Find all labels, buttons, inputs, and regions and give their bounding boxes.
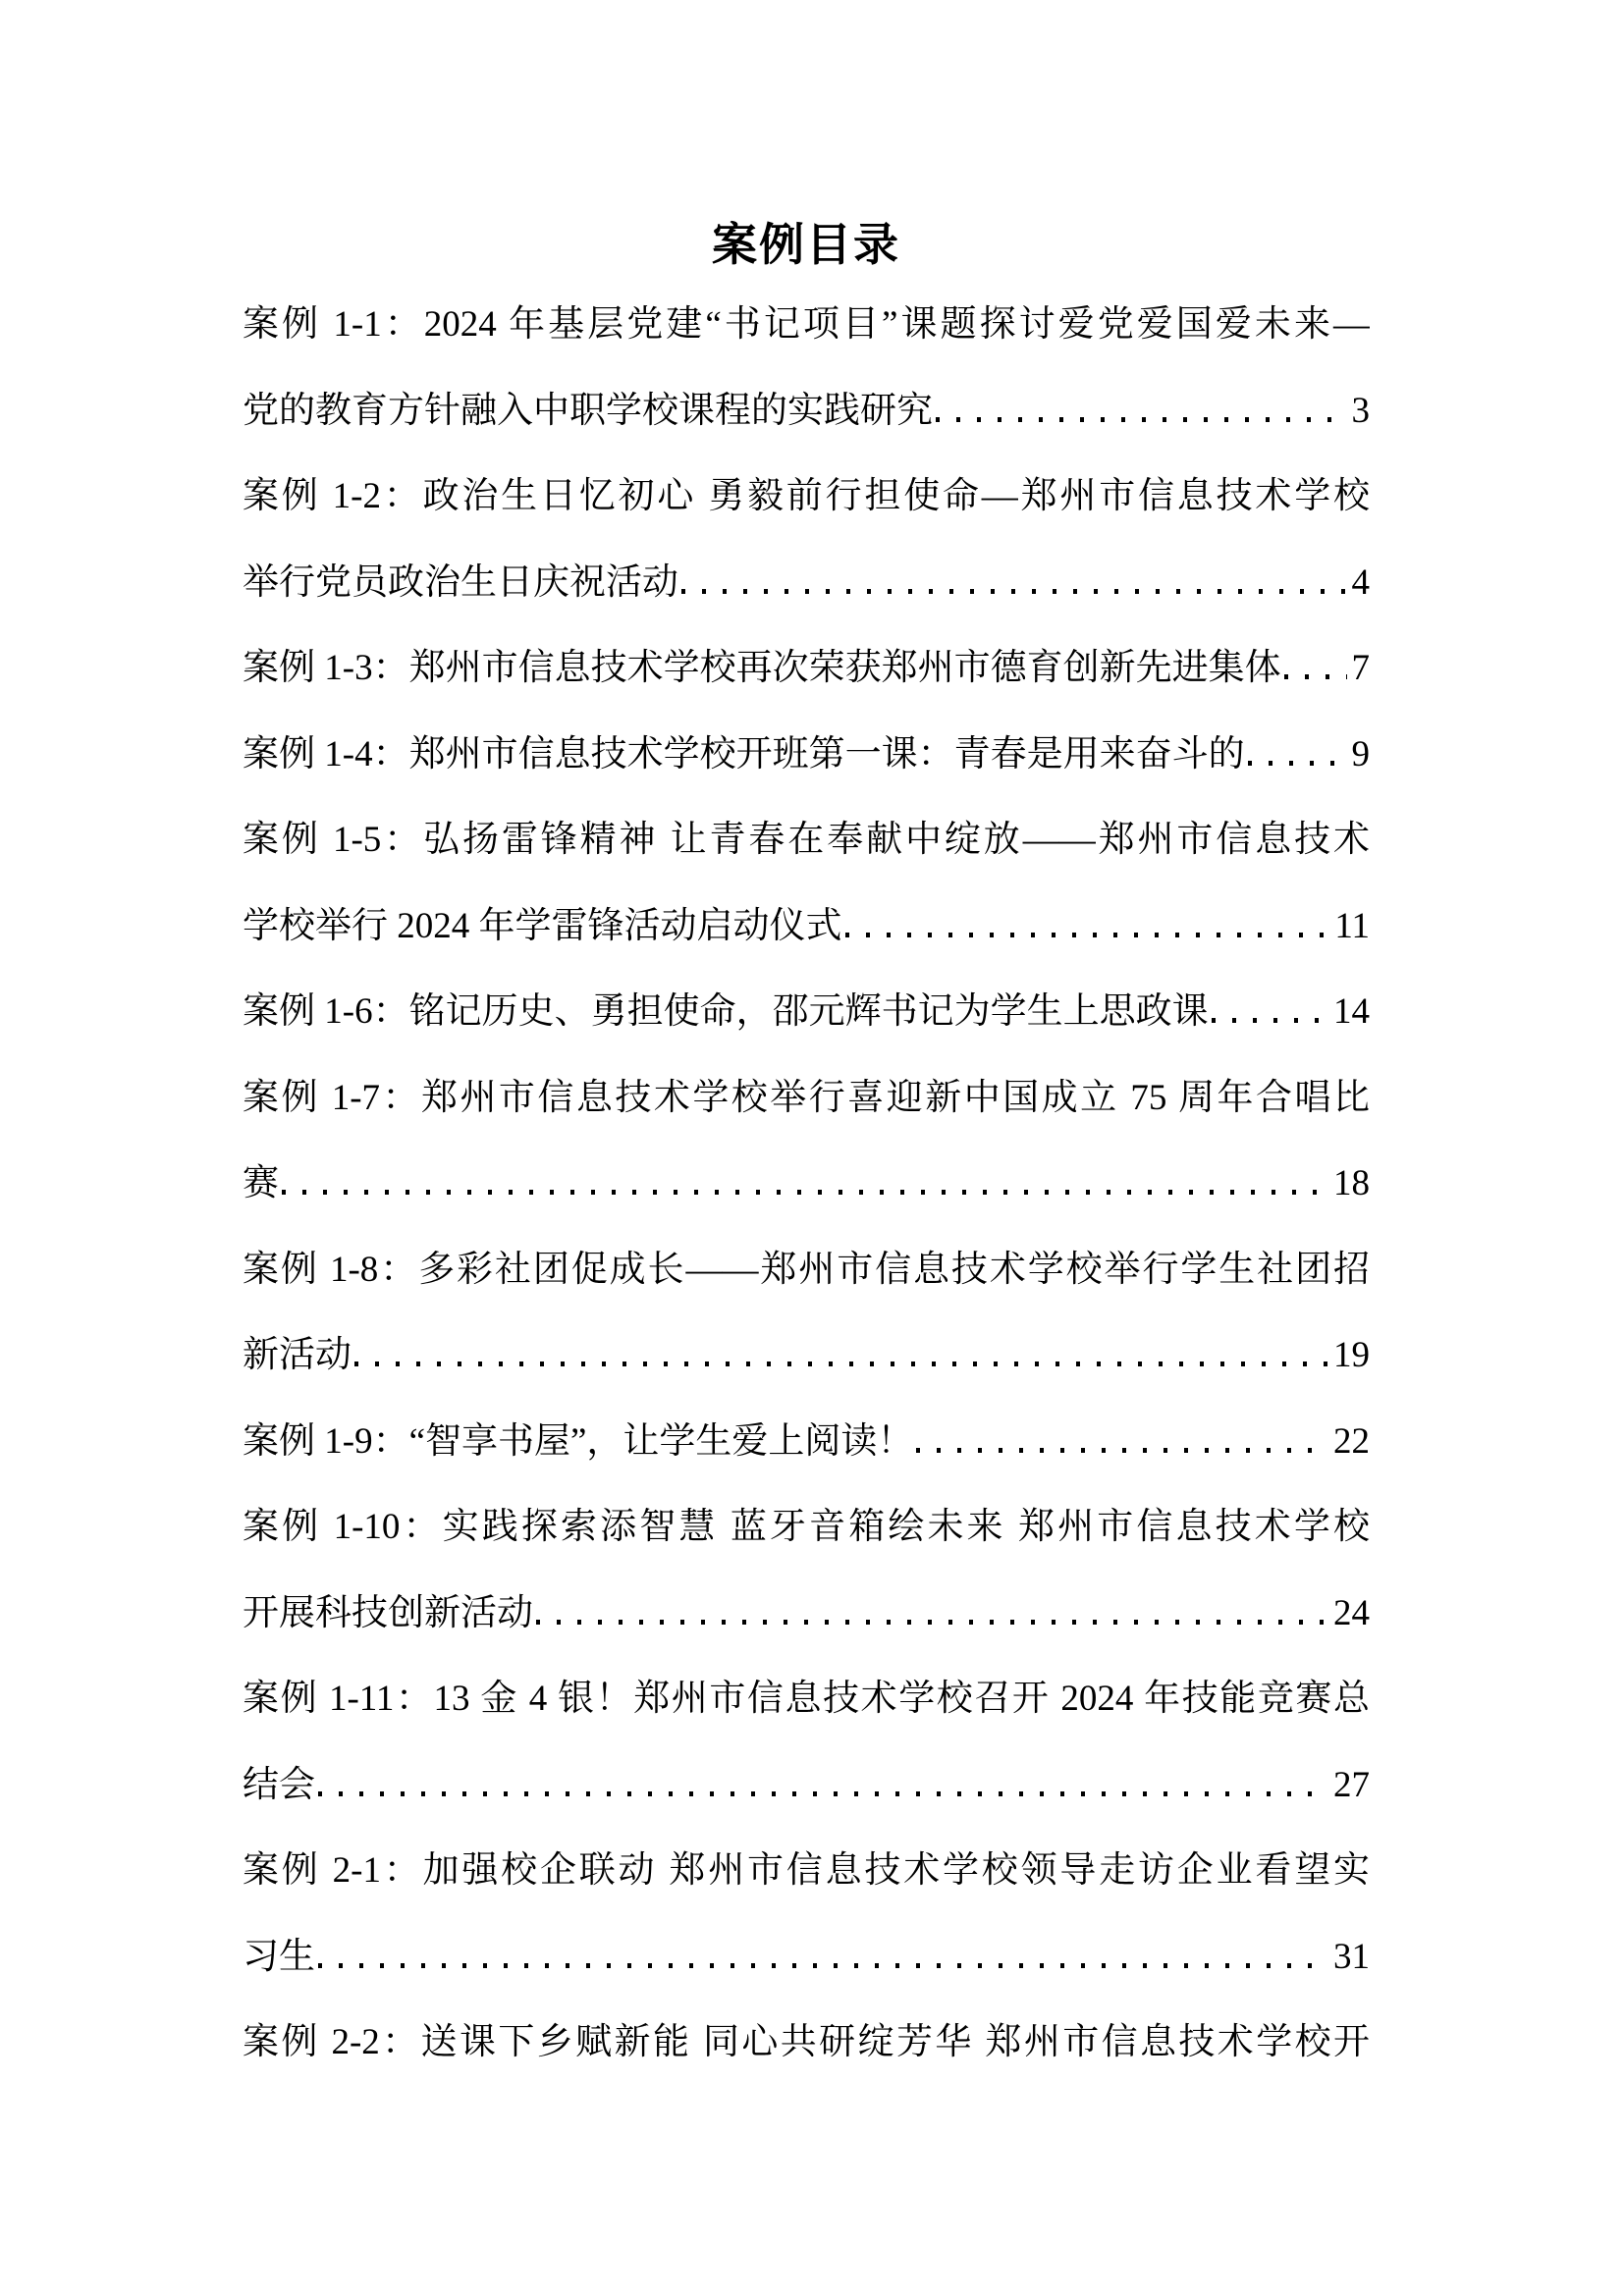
dot-leader [282,1190,1328,1195]
toc-line-text: 学校举行 2024 年学雷锋活动启动仪式 [243,883,842,970]
document-page: 案例目录 案例 1-1：2024 年基层党建“书记项目”课题探讨爱党爱国爱未来—… [0,0,1624,2296]
toc-line-text: 举行党员政治生日庆祝活动 [243,540,678,626]
table-of-contents: 案例 1-1：2024 年基层党建“书记项目”课题探讨爱党爱国爱未来—党的教育方… [243,282,1370,2086]
page-number: 14 [1333,969,1370,1055]
page-number: 24 [1333,1571,1370,1657]
toc-line-text: 案例 2-1：加强校企联动 郑州市信息技术学校领导走访企业看望实 [243,1850,1370,1891]
toc-line[interactable]: 新活动19 [243,1312,1370,1399]
toc-line-text: 案例 1-4：郑州市信息技术学校开班第一课：青春是用来奋斗的 [243,712,1245,798]
toc-line[interactable]: 赛18 [243,1141,1370,1227]
dot-leader [318,1963,1328,1968]
toc-line[interactable]: 开展科技创新活动24 [243,1571,1370,1657]
toc-line-text: 案例 1-7：郑州市信息技术学校举行喜迎新中国成立 75 周年合唱比 [243,1078,1370,1118]
toc-line[interactable]: 党的教育方针融入中职学校课程的实践研究3 [243,368,1370,454]
dot-leader [318,1791,1328,1796]
page-number: 19 [1333,1312,1370,1399]
dot-leader [1284,674,1347,679]
dot-leader [845,933,1330,937]
toc-line-text: 案例 2-2：送课下乡赋新能 同心共研绽芳华 郑州市信息技术学校开 [243,2022,1370,2062]
page-number: 11 [1334,883,1370,970]
toc-line-text: 案例 1-6：铭记历史、勇担使命，邵元辉书记为学生上思政课 [243,969,1209,1055]
dot-leader [916,1448,1328,1453]
toc-line-text: 案例 1-10：实践探索添智慧 蓝牙音箱绘未来 郑州市信息技术学校 [243,1507,1370,1547]
toc-line[interactable]: 举行党员政治生日庆祝活动4 [243,540,1370,626]
toc-line-text: 开展科技创新活动 [243,1571,533,1657]
toc-line[interactable]: 案例 1-10：实践探索添智慧 蓝牙音箱绘未来 郑州市信息技术学校 [243,1484,1370,1571]
toc-line[interactable]: 案例 1-1：2024 年基层党建“书记项目”课题探讨爱党爱国爱未来— [243,282,1370,368]
toc-line-text: 案例 1-1：2024 年基层党建“书记项目”课题探讨爱党爱国爱未来— [243,304,1370,345]
toc-line-text: 案例 1-8：多彩社团促成长——郑州市信息技术学校举行学生社团招 [243,1250,1370,1290]
toc-line-text: 案例 1-9：“智享书屋”，让学生爱上阅读！ [243,1399,913,1485]
toc-line-text: 结会 [243,1742,315,1829]
dot-leader [354,1362,1328,1366]
page-title: 案例目录 [243,208,1370,282]
toc-line-text: 党的教育方针融入中职学校课程的实践研究 [243,368,933,454]
toc-line[interactable]: 案例 1-9：“智享书屋”，让学生爱上阅读！22 [243,1399,1370,1485]
page-number: 3 [1352,368,1371,454]
toc-line-text: 案例 1-5：弘扬雷锋精神 让青春在奉献中绽放——郑州市信息技术 [243,820,1370,860]
toc-line-text: 习生 [243,1914,315,2001]
toc-line[interactable]: 案例 1-5：弘扬雷锋精神 让青春在奉献中绽放——郑州市信息技术 [243,797,1370,883]
toc-line[interactable]: 案例 1-2：政治生日忆初心 勇毅前行担使命—郑州市信息技术学校 [243,454,1370,540]
toc-line[interactable]: 结会27 [243,1742,1370,1829]
page-number: 4 [1352,540,1371,626]
page-number: 18 [1333,1141,1370,1227]
toc-line[interactable]: 案例 2-1：加强校企联动 郑州市信息技术学校领导走访企业看望实 [243,1828,1370,1914]
page-number: 9 [1352,712,1371,798]
toc-line[interactable]: 案例 1-8：多彩社团促成长——郑州市信息技术学校举行学生社团招 [243,1227,1370,1313]
toc-line[interactable]: 案例 1-4：郑州市信息技术学校开班第一课：青春是用来奋斗的9 [243,712,1370,798]
toc-line[interactable]: 习生31 [243,1914,1370,2001]
toc-line[interactable]: 案例 2-2：送课下乡赋新能 同心共研绽芳华 郑州市信息技术学校开 [243,2000,1370,2086]
dot-leader [681,589,1347,594]
toc-line-text: 赛 [243,1141,279,1227]
page-number: 27 [1333,1742,1370,1829]
toc-line-text: 新活动 [243,1312,352,1399]
dot-leader [1212,1018,1328,1023]
page-number: 31 [1333,1914,1370,2001]
toc-line[interactable]: 学校举行 2024 年学雷锋活动启动仪式11 [243,883,1370,970]
page-content: 案例目录 案例 1-1：2024 年基层党建“书记项目”课题探讨爱党爱国爱未来—… [243,208,1370,2086]
toc-line[interactable]: 案例 1-3：郑州市信息技术学校再次荣获郑州市德育创新先进集体7 [243,625,1370,712]
dot-leader [536,1620,1328,1625]
dot-leader [936,417,1347,422]
toc-line[interactable]: 案例 1-7：郑州市信息技术学校举行喜迎新中国成立 75 周年合唱比 [243,1055,1370,1142]
toc-line-text: 案例 1-2：政治生日忆初心 勇毅前行担使命—郑州市信息技术学校 [243,476,1370,516]
dot-leader [1248,761,1347,766]
toc-line[interactable]: 案例 1-11：13 金 4 银！郑州市信息技术学校召开 2024 年技能竞赛总 [243,1656,1370,1742]
toc-line-text: 案例 1-11：13 金 4 银！郑州市信息技术学校召开 2024 年技能竞赛总 [243,1679,1370,1719]
toc-line-text: 案例 1-3：郑州市信息技术学校再次荣获郑州市德育创新先进集体 [243,625,1281,712]
toc-line[interactable]: 案例 1-6：铭记历史、勇担使命，邵元辉书记为学生上思政课14 [243,969,1370,1055]
page-number: 7 [1352,625,1371,712]
page-number: 22 [1333,1399,1370,1485]
